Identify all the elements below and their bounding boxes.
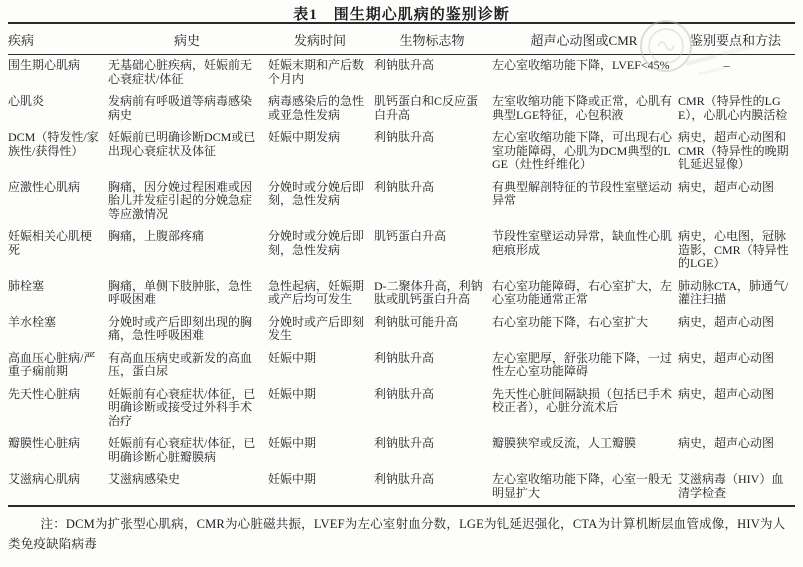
table-row: 艾滋病心肌病艾滋病感染史妊娠中期利钠肽升高左心室收缩功能下降，心室一般无明显扩大… <box>8 469 795 506</box>
table-cell: 病史，超声心动图 <box>678 177 795 227</box>
table-cell: 胸痛，单侧下肢肿胀，急性呼吸困难 <box>108 276 268 312</box>
table-cell: 妊娠中期 <box>268 384 374 434</box>
column-header: 超声心动图或CMR <box>492 23 678 55</box>
table-cell: 右心室功能障碍，右心室扩大，左心室功能通常正常 <box>492 276 678 312</box>
table-cell: 利钠肽升高 <box>374 469 492 506</box>
table-cell: 急性起病，妊娠期或产后均可发生 <box>268 276 374 312</box>
table-cell: 艾滋病心肌病 <box>8 469 108 506</box>
table-cell: – <box>678 55 795 92</box>
table-cell: 无基础心脏疾病，妊娠前无心衰症状/体征 <box>108 55 268 92</box>
table-cell: 妊娠中期 <box>268 433 374 469</box>
table-cell: 瓣膜狭窄或反流，人工瓣膜 <box>492 433 678 469</box>
table-cell: 妊娠前有心衰症状/体征，已明确诊断或接受过外科手术治疗 <box>108 384 268 434</box>
table-row: 羊水栓塞分娩时或产后即刻出现的胸痛，急性呼吸困难分娩时或产后即刻发生利钠肽可能升… <box>8 312 795 348</box>
table-cell: 病史，超声心动图 <box>678 433 795 469</box>
table-cell: 分娩时或产后即刻发生 <box>268 312 374 348</box>
table-row: 心肌炎发病前有呼吸道等病毒感染病史病毒感染后的急性或亚急性发病肌钙蛋白和C反应蛋… <box>8 91 795 127</box>
table-cell: 有典型解剖特征的节段性室壁运动异常 <box>492 177 678 227</box>
table-cell: 高血压心脏病/严重子痫前期 <box>8 348 108 384</box>
column-header: 发病时间 <box>268 23 374 55</box>
table-cell: 左心室肥厚，舒张功能下降，一过性左心室功能障碍 <box>492 348 678 384</box>
table-row: 应激性心肌病胸痛，因分娩过程困难或因胎儿并发症引起的分娩急症等应激情况分娩时或分… <box>8 177 795 227</box>
table-body: 围生期心肌病无基础心脏疾病，妊娠前无心衰症状/体征妊娠末期和产后数个月内利钠肽升… <box>8 55 795 507</box>
table-cell: 发病前有呼吸道等病毒感染病史 <box>108 91 268 127</box>
table-cell: 分娩时或分娩后即刻，急性发病 <box>268 177 374 227</box>
table-row: 高血压心脏病/严重子痫前期有高血压病史或新发的高血压，蛋白尿妊娠中期利钠肽升高左… <box>8 348 795 384</box>
table-cell: 病毒感染后的急性或亚急性发病 <box>268 91 374 127</box>
table-title: 表1 围生期心肌病的鉴别诊断 <box>0 0 803 22</box>
table-cell: 胸痛，上腹部疼痛 <box>108 226 268 276</box>
table-cell: 妊娠前已明确诊断DCM或已出现心衰症状及体征 <box>108 127 268 177</box>
table-cell: 利钠肽可能升高 <box>374 312 492 348</box>
table-cell: 艾滋病毒（HIV）血清学检查 <box>678 469 795 506</box>
table-cell: 分娩时或分娩后即刻，急性发病 <box>268 226 374 276</box>
table-cell: 妊娠中期发病 <box>268 127 374 177</box>
table-cell: 有高血压病史或新发的高血压，蛋白尿 <box>108 348 268 384</box>
table-cell: 左心室收缩功能下降，LVEF<45% <box>492 55 678 92</box>
table-cell: 病史，超声心动图 <box>678 348 795 384</box>
column-header: 生物标志物 <box>374 23 492 55</box>
table-cell: 妊娠中期 <box>268 348 374 384</box>
table-cell: 病史，超声心动图和CMR（特异性的晚期钆延迟显像） <box>678 127 795 177</box>
table-cell: DCM（特发性/家族性/获得性） <box>8 127 108 177</box>
table-header-row: 疾病病史发病时间生物标志物超声心动图或CMR鉴别要点和方法 <box>8 23 795 55</box>
table-cell: 围生期心肌病 <box>8 55 108 92</box>
table-row: DCM（特发性/家族性/获得性）妊娠前已明确诊断DCM或已出现心衰症状及体征妊娠… <box>8 127 795 177</box>
table-cell: D-二聚体升高，利钠肽或肌钙蛋白升高 <box>374 276 492 312</box>
table-cell: 病史，心电图，冠脉造影，CMR（特异性的LGE） <box>678 226 795 276</box>
table-row: 肺栓塞胸痛，单侧下肢肿胀，急性呼吸困难急性起病，妊娠期或产后均可发生D-二聚体升… <box>8 276 795 312</box>
table-cell: 艾滋病感染史 <box>108 469 268 506</box>
table-cell: 肺动脉CTA，肺通气/灌注扫描 <box>678 276 795 312</box>
table-cell: 节段性室壁运动异常，缺血性心肌疤痕形成 <box>492 226 678 276</box>
table-cell: 肌钙蛋白升高 <box>374 226 492 276</box>
table-cell: 肺栓塞 <box>8 276 108 312</box>
table-cell: 利钠肽升高 <box>374 384 492 434</box>
table-cell: 心肌炎 <box>8 91 108 127</box>
table-cell: 先天性心脏间隔缺损（包括已手术校正者），心脏分流术后 <box>492 384 678 434</box>
table-cell: 妊娠中期 <box>268 469 374 506</box>
column-header: 病史 <box>108 23 268 55</box>
table-cell: 利钠肽升高 <box>374 127 492 177</box>
table-cell: 胸痛，因分娩过程困难或因胎儿并发症引起的分娩急症等应激情况 <box>108 177 268 227</box>
column-header: 疾病 <box>8 23 108 55</box>
table-row: 围生期心肌病无基础心脏疾病，妊娠前无心衰症状/体征妊娠末期和产后数个月内利钠肽升… <box>8 55 795 92</box>
table-cell: 利钠肽升高 <box>374 348 492 384</box>
table-row: 先天性心脏病妊娠前有心衰症状/体征，已明确诊断或接受过外科手术治疗妊娠中期利钠肽… <box>8 384 795 434</box>
table-cell: 肌钙蛋白和C反应蛋白升高 <box>374 91 492 127</box>
table-row: 瓣膜性心脏病妊娠前有心衰症状/体征，已明确诊断心脏瓣膜病妊娠中期利钠肽升高瓣膜狭… <box>8 433 795 469</box>
table-row: 妊娠相关心肌梗死胸痛，上腹部疼痛分娩时或分娩后即刻，急性发病肌钙蛋白升高节段性室… <box>8 226 795 276</box>
table-cell: 妊娠相关心肌梗死 <box>8 226 108 276</box>
table-cell: 左心室收缩功能下降，可出现右心室功能障碍，心肌为DCM典型的LGE（灶性纤维化） <box>492 127 678 177</box>
table-cell: 先天性心脏病 <box>8 384 108 434</box>
table-cell: 利钠肽升高 <box>374 55 492 92</box>
differential-diagnosis-table: 疾病病史发病时间生物标志物超声心动图或CMR鉴别要点和方法 围生期心肌病无基础心… <box>8 22 795 507</box>
table-cell: 妊娠前有心衰症状/体征，已明确诊断心脏瓣膜病 <box>108 433 268 469</box>
table-cell: 右心室功能下降，右心室扩大 <box>492 312 678 348</box>
paper-page: 表1 围生期心肌病的鉴别诊断 疾病病史发病时间生物标志物超声心动图或CMR鉴别要… <box>0 0 803 567</box>
table-cell: CMR（特异性的LGE），心肌心内膜活检 <box>678 91 795 127</box>
table-cell: 病史，超声心动图 <box>678 312 795 348</box>
table-cell: 左室收缩功能下降或正常，心肌有典型LGE特征，心包积液 <box>492 91 678 127</box>
table-cell: 病史，超声心动图 <box>678 384 795 434</box>
table-cell: 利钠肽升高 <box>374 177 492 227</box>
table-cell: 分娩时或产后即刻出现的胸痛，急性呼吸困难 <box>108 312 268 348</box>
column-header: 鉴别要点和方法 <box>678 23 795 55</box>
table-cell: 利钠肽升高 <box>374 433 492 469</box>
table-cell: 左心室收缩功能下降，心室一般无明显扩大 <box>492 469 678 506</box>
table-cell: 妊娠末期和产后数个月内 <box>268 55 374 92</box>
table-cell: 应激性心肌病 <box>8 177 108 227</box>
table-cell: 羊水栓塞 <box>8 312 108 348</box>
table-cell: 瓣膜性心脏病 <box>8 433 108 469</box>
table-footnote: 注：DCM为扩张型心肌病，CMR为心脏磁共振，LVEF为左心室射血分数，LGE为… <box>8 514 795 554</box>
